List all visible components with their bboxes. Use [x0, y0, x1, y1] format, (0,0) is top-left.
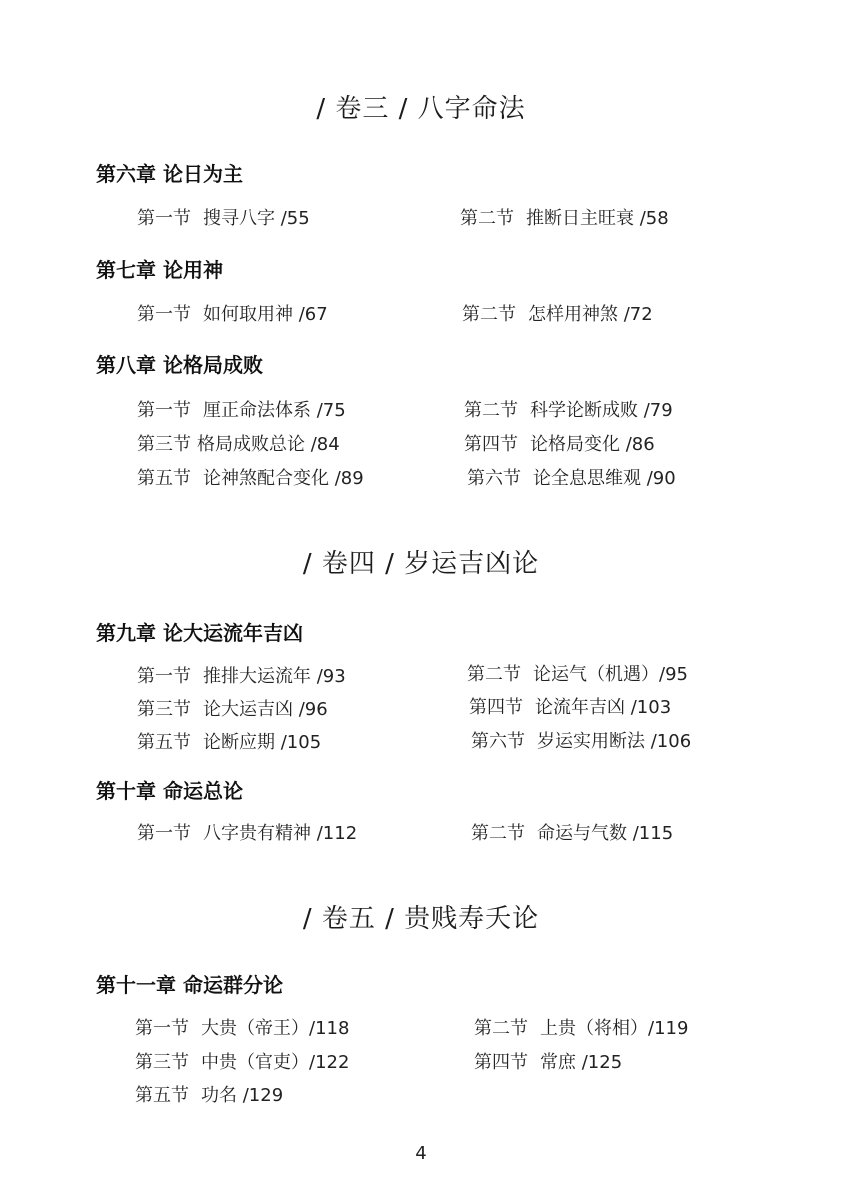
volume-title: / 卷三 / 八字命法 — [0, 88, 842, 125]
toc-entry[interactable]: 第四节常庶 /125 — [474, 1048, 622, 1074]
toc-entry[interactable]: 第二节论运气（机遇）/95 — [467, 660, 688, 686]
toc-entry[interactable]: 第一节搜寻八字 /55 — [137, 204, 310, 230]
chapter-heading[interactable]: 第六章 论日为主 — [96, 158, 243, 187]
toc-entry[interactable]: 第三节格局成败总论 /84 — [137, 430, 340, 456]
chapter-heading[interactable]: 第十一章 命运群分论 — [96, 969, 283, 998]
toc-entry[interactable]: 第一节厘正命法体系 /75 — [137, 396, 346, 422]
toc-entry[interactable]: 第二节推断日主旺衰 /58 — [460, 204, 669, 230]
toc-entry[interactable]: 第四节论流年吉凶 /103 — [469, 693, 671, 719]
toc-entry[interactable]: 第一节推排大运流年 /93 — [137, 662, 346, 688]
toc-entry[interactable]: 第六节岁运实用断法 /106 — [471, 727, 691, 753]
toc-entry[interactable]: 第二节科学论断成败 /79 — [464, 396, 673, 422]
toc-entry[interactable]: 第六节论全息思维观 /90 — [467, 464, 676, 490]
toc-entry[interactable]: 第五节功名 /129 — [135, 1081, 283, 1107]
chapter-heading[interactable]: 第八章 论格局成败 — [96, 349, 263, 378]
volume-title: / 卷五 / 贵贱寿夭论 — [0, 898, 842, 935]
toc-entry[interactable]: 第一节如何取用神 /67 — [137, 300, 328, 326]
toc-entry[interactable]: 第三节中贵（官吏）/122 — [135, 1048, 349, 1074]
toc-entry[interactable]: 第一节八字贵有精神 /112 — [137, 819, 357, 845]
toc-entry[interactable]: 第五节论神煞配合变化 /89 — [137, 464, 364, 490]
toc-entry[interactable]: 第四节论格局变化 /86 — [464, 430, 655, 456]
toc-entry[interactable]: 第一节大贵（帝王）/118 — [135, 1014, 349, 1040]
volume-title: / 卷四 / 岁运吉凶论 — [0, 543, 842, 580]
toc-entry[interactable]: 第二节怎样用神煞 /72 — [462, 300, 653, 326]
toc-entry[interactable]: 第五节论断应期 /105 — [137, 728, 321, 754]
toc-entry[interactable]: 第三节论大运吉凶 /96 — [137, 695, 328, 721]
toc-entry[interactable]: 第二节命运与气数 /115 — [471, 819, 673, 845]
toc-entry[interactable]: 第二节上贵（将相）/119 — [474, 1014, 688, 1040]
chapter-heading[interactable]: 第十章 命运总论 — [96, 775, 243, 804]
chapter-heading[interactable]: 第七章 论用神 — [96, 254, 223, 283]
chapter-heading[interactable]: 第九章 论大运流年吉凶 — [96, 617, 303, 646]
page-number: 4 — [0, 1143, 842, 1164]
